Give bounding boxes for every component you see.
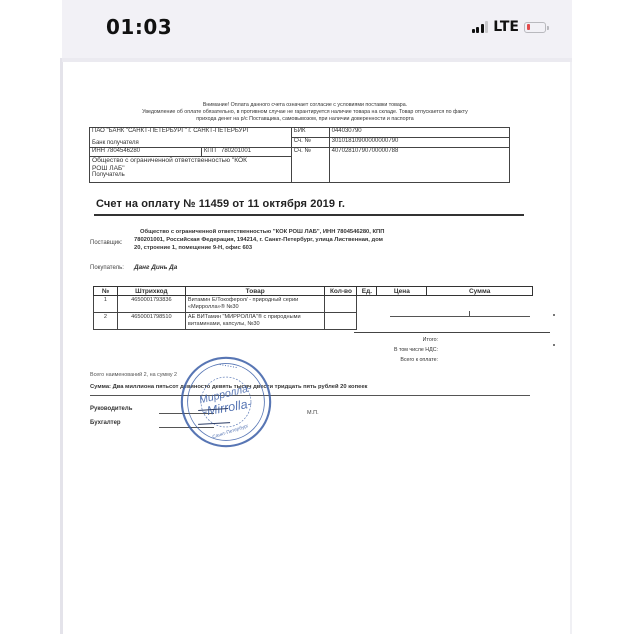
account-value: 40702810790700000788 [329,148,509,183]
supplier-line-1: Общество с ограниченной ответственностью… [134,228,384,236]
network-type: LTE [493,19,519,35]
battery-icon [524,22,546,33]
recipient-cell: Общество с ограниченной ответственностью… [90,157,292,183]
frame-edge-top [62,58,572,62]
account-label: Сч. № [291,148,329,183]
company-stamp-icon: Мирролла- -Mirrolla- Санкт-Петербург • •… [178,354,274,450]
recipient-name: Общество с ограниченной ответственностью… [92,157,252,172]
inn-value: ИНН 7804546280 [90,148,202,157]
to-pay-label: Всего к оплате: [394,355,438,365]
partial-col-mark [469,311,470,317]
supplier-details: Общество с ограниченной ответственностью… [134,228,384,252]
accountant-label: Бухгалтер [90,420,121,426]
recipient-label: Получатель [92,172,289,180]
status-indicators: LTE [472,19,546,35]
notice-line-2: Уведомление об оплате обязательно, в про… [90,109,520,116]
director-label: Руководитель [90,406,132,412]
row-qty [325,296,357,313]
row-sum [427,296,533,313]
totals-block: Итого: В том числе НДС: Всего к оплате: [394,335,438,365]
col-barcode: Штрихкод [117,287,185,296]
table-row: 1 4650001793836 Витамин Е/Токоферол/ - п… [94,296,533,313]
row-num: 1 [94,296,118,313]
vat-label: В том числе НДС: [394,345,438,355]
bik-value: 044030790 [329,128,509,138]
status-time: 01:03 [106,15,172,39]
speck [553,314,555,316]
col-price: Цена [377,287,427,296]
speck [553,344,555,346]
supplier-label: Поставщик: [90,240,122,246]
partial-row-line [390,316,530,317]
row-unit [357,313,377,330]
items-table: № Штрихкод Товар Кол-во Ед. Цена Сумма 1… [93,286,533,330]
status-bar: 01:03 LTE [62,0,572,58]
kpp-cell: КПП 780201001 [201,148,291,157]
col-product: Товар [185,287,325,296]
bank-label: Банк получателя [90,138,292,148]
totals-divider [354,332,550,333]
row-barcode: 4650001798510 [117,313,185,330]
notice-line-1: Внимание! Оплата данного счета означает … [90,102,520,109]
bik-label: БИК [291,128,329,138]
product-line-1: АЕ ВИТамин "МИРРОЛЛА"® с природными [188,314,323,321]
col-num: № [94,287,118,296]
total-label: Итого: [394,335,438,345]
col-sum: Сумма [427,287,533,296]
row-price [377,296,427,313]
supplier-line-2: 780201001, Российская Федерация, 194214,… [134,236,384,244]
summary-divider [90,395,530,396]
product-line-1: Витамин Е/Токоферол/ - природный серии [188,297,323,304]
bank-details-table: ПАО "БАНК "САНКТ-ПЕТЕРБУРГ" г. САНКТ-ПЕТ… [89,127,510,183]
product-line-2: «Мирролла»® №30 [188,304,323,311]
row-product: Витамин Е/Токоферол/ - природный серии «… [185,296,325,313]
row-qty [325,313,357,330]
invoice-title: Счет на оплату № 11459 от 11 октября 201… [96,198,345,210]
kpp-value: 780201001 [221,148,251,154]
frame-edge-right [570,58,572,634]
bank-name: ПАО "БАНК "САНКТ-ПЕТЕРБУРГ" г. САНКТ-ПЕТ… [90,128,292,138]
invoice-document[interactable]: Внимание! Оплата данного счета означает … [64,64,570,634]
buyer-label: Покупатель: [90,265,124,271]
items-header-row: № Штрихкод Товар Кол-во Ед. Цена Сумма [94,287,533,296]
frame-edge-left [60,58,63,634]
notice-line-3: прихода денег на р/с Поставщика, самовыв… [90,116,520,123]
cellular-signal-icon [472,21,489,33]
row-num: 2 [94,313,118,330]
seal-placeholder: М.П. [307,410,319,416]
payment-notice: Внимание! Оплата данного счета означает … [90,102,520,123]
kpp-label: КПП [204,148,216,154]
row-product: АЕ ВИТамин "МИРРОЛЛА"® с природными вита… [185,313,325,330]
corr-account-label: Сч. № [291,138,329,148]
col-qty: Кол-во [325,287,357,296]
col-unit: Ед. [357,287,377,296]
items-count-line: Всего наименований 2, на сумму 2 [90,372,177,378]
buyer-name: Данг Динь Да [134,264,177,272]
svg-text:• • • • • • •: • • • • • • • [219,362,238,370]
corr-account-value: 30101810900000000790 [329,138,509,148]
product-line-2: витаминами, капсулы, №30 [188,321,323,328]
row-unit [357,296,377,313]
title-underline [94,214,524,216]
supplier-line-3: 20, строение 1, помещение 9-Н, офис 603 [134,244,384,252]
row-barcode: 4650001793836 [117,296,185,313]
